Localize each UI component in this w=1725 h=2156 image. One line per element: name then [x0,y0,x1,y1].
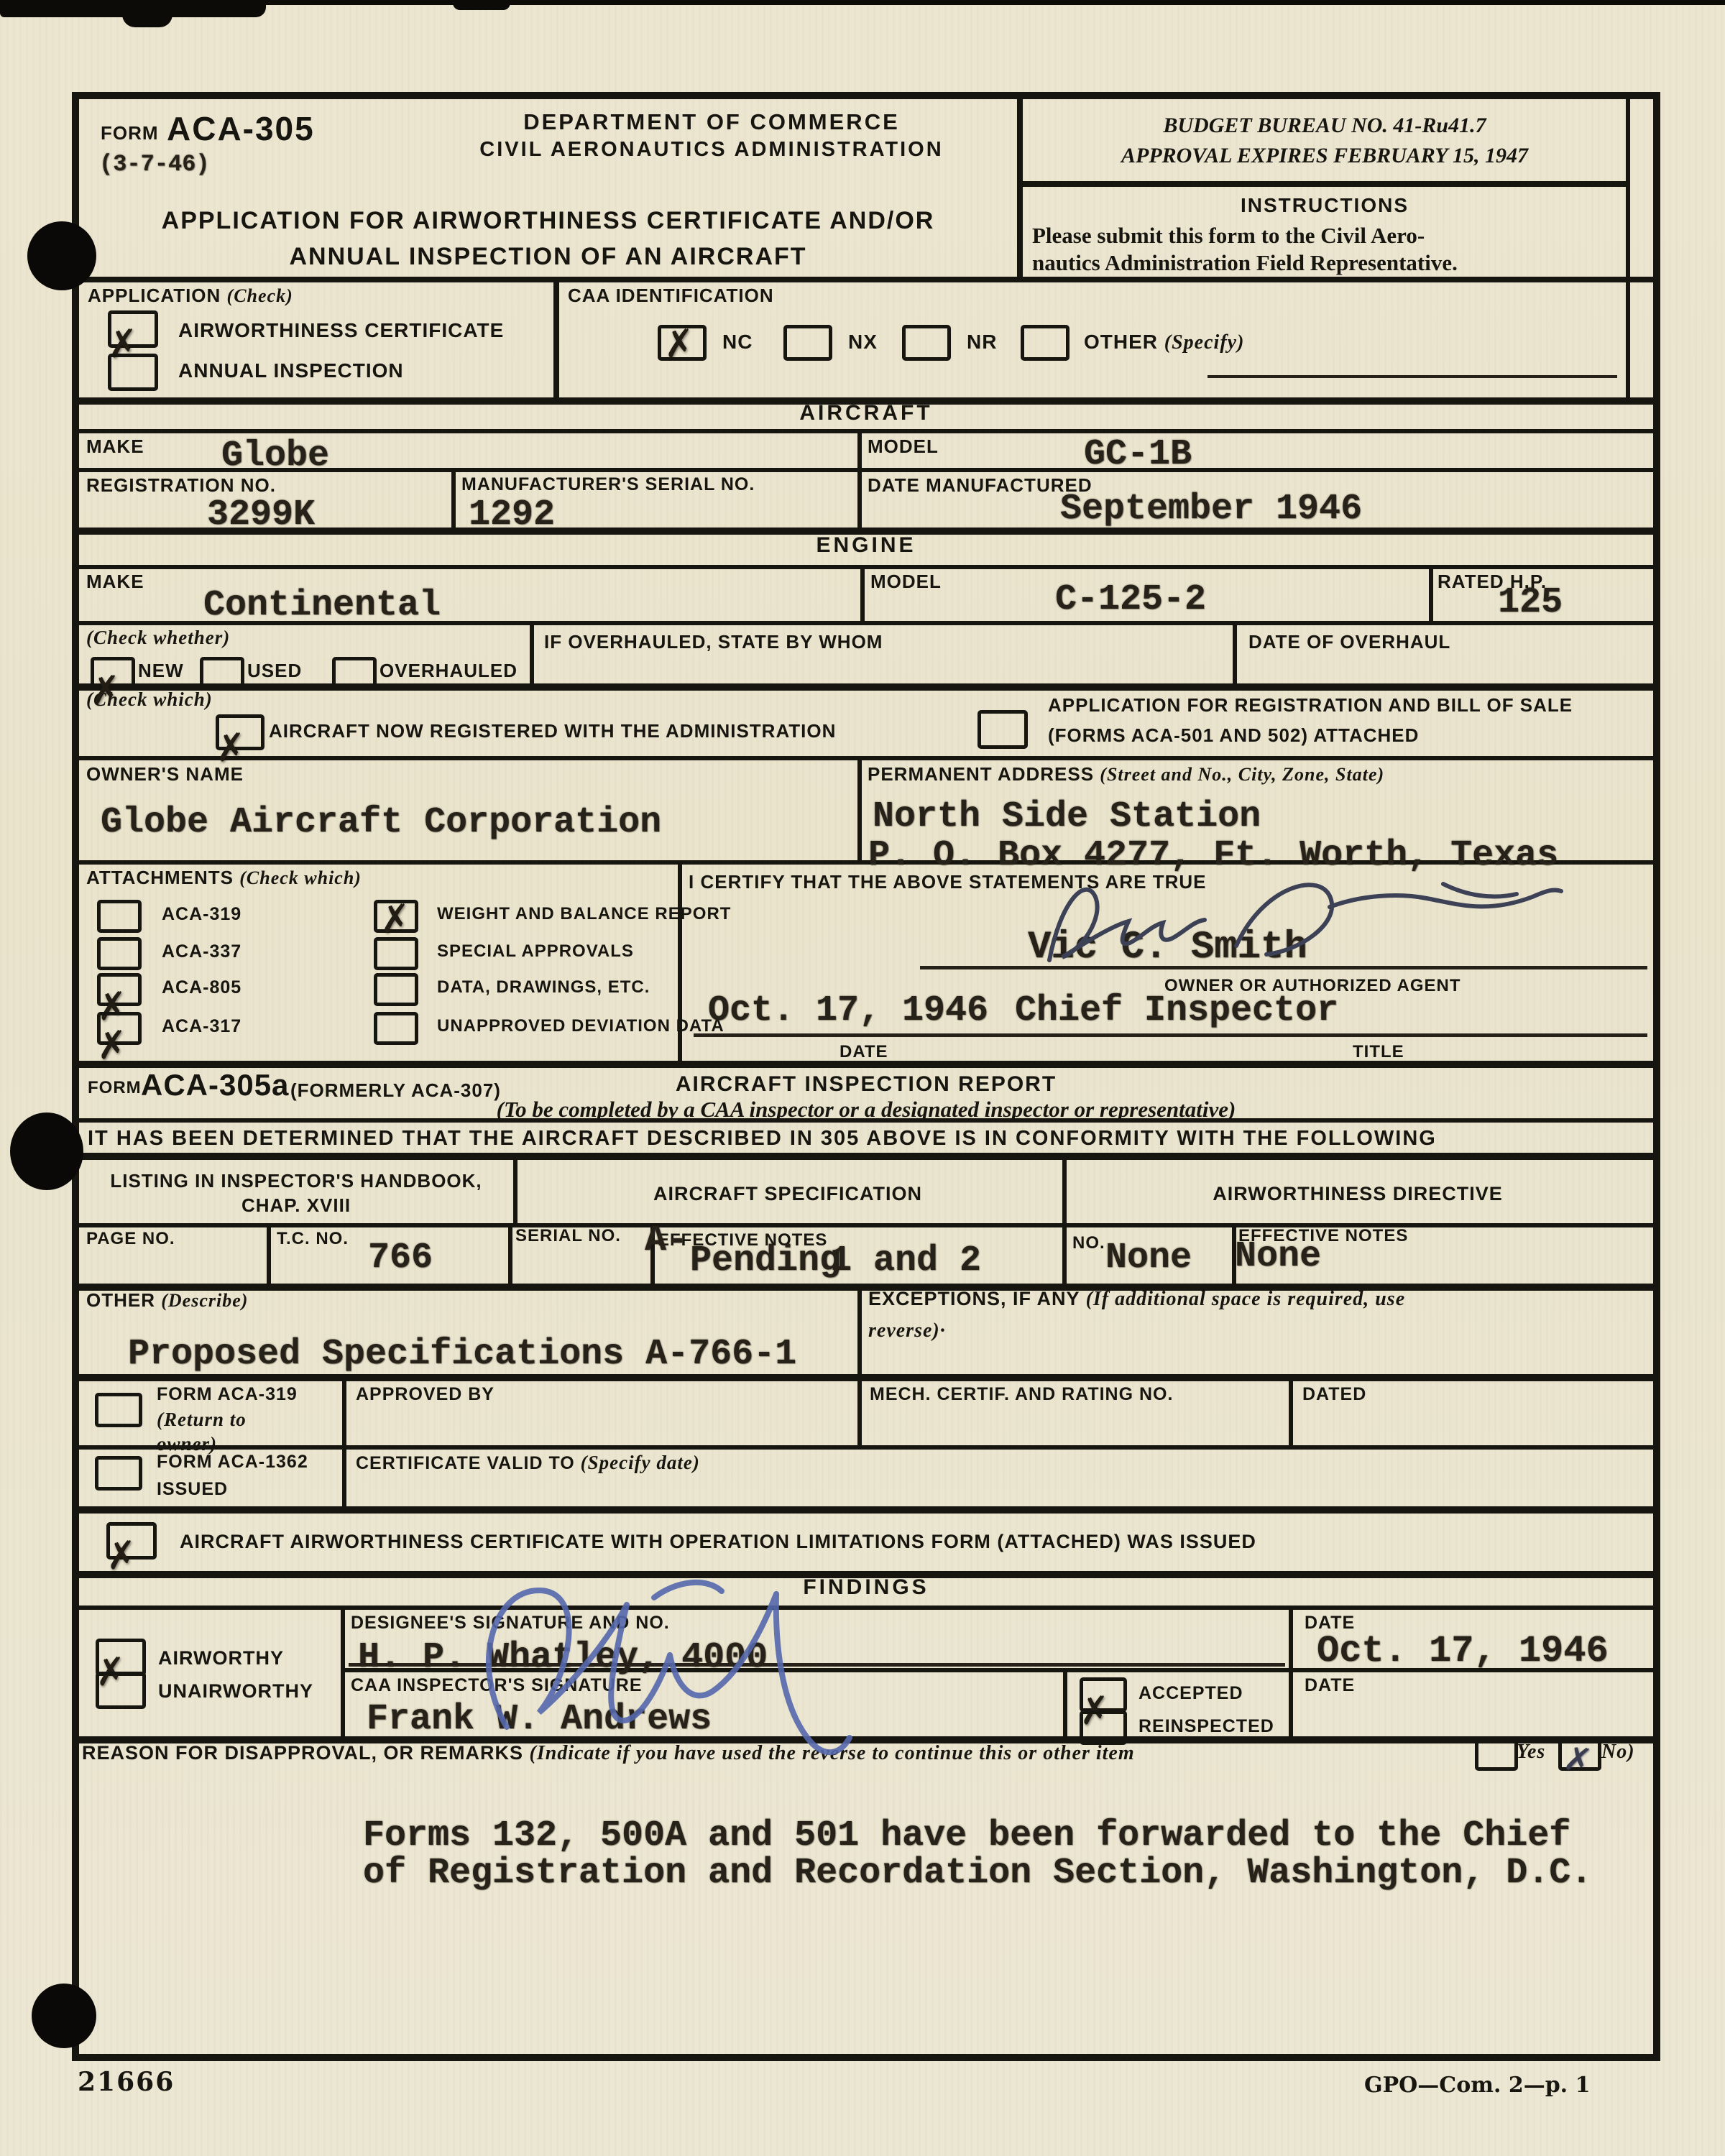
airworthy-checkbox[interactable] [96,1639,146,1676]
other-id-label-note: (Specify) [1164,331,1245,354]
overhaul-date-label: DATE OF OVERHAUL [1248,631,1450,653]
form-title-line2: ANNUAL INSPECTION OF AN AIRCRAFT [79,243,1017,271]
other-row-bottom [72,1374,1660,1381]
designee-date-typed: Oct. 17, 1946 [1317,1630,1609,1672]
rated-hp-value: 125 [1498,582,1563,623]
owner-signature [1021,860,1581,982]
annual-inspection-label: ANNUAL INSPECTION [178,359,404,382]
form319-label: FORM ACA-319 [157,1384,298,1405]
application-attached-label2: (FORMS ACA-501 AND 502) ATTACHED [1048,724,1419,747]
engine-section-title: ENGINE [79,533,1653,558]
inspection-subtitle: (To be completed by a CAA inspector or a… [79,1097,1653,1123]
nx-checkbox[interactable] [783,325,832,361]
mech-dated-divider [1289,1374,1293,1445]
nr-checkbox[interactable] [902,325,951,361]
ad-header: AIRWORTHINESS DIRECTIVE [1062,1183,1653,1205]
other-id-label: OTHER (Specify) [1084,331,1244,354]
check-whether-bottom [72,683,1660,691]
permanent-address-note: (Street and No., City, Zone, State) [1100,764,1384,785]
ad-no-label: NO. [1072,1233,1105,1253]
engine-band-divider [72,565,1660,569]
remarks-line1: Forms 132, 500A and 501 have been forwar… [363,1815,1570,1856]
tc-no-label: T.C. NO. [277,1229,349,1249]
nr-label: NR [967,331,997,354]
engine-make-value: Continental [203,585,441,626]
form1362-bottom [72,1506,1660,1514]
title-label: TITLE [1353,1042,1404,1062]
other-describe-label: OTHER (Describe) [86,1289,248,1312]
ad-effective-notes-value: None [1235,1236,1321,1277]
spec-header: AIRCRAFT SPECIFICATION [513,1183,1062,1205]
aircraft-model-label: MODEL [868,436,939,458]
special-approvals-label: SPECIAL APPROVALS [437,941,634,962]
aca-317-label: ACA-317 [162,1016,241,1037]
data-drawings-label: DATA, DRAWINGS, ETC. [437,977,650,998]
engine-new-label: NEW [138,660,184,682]
engine-new-checkbox[interactable] [91,657,135,688]
approvedby-mech-divider [857,1374,862,1445]
form319-bottom [72,1445,1660,1450]
tc-serial-divider [508,1223,512,1284]
engine-used-checkbox[interactable] [200,657,244,688]
aca-805-checkbox[interactable] [97,973,142,1006]
other-describe-value: Proposed Specifications A-766-1 [128,1334,796,1375]
nc-checkbox[interactable] [658,325,707,361]
certificate-valid-note: (Specify date) [581,1452,700,1473]
check-which-bottom [72,756,1660,760]
aircraft-make-value: Globe [221,436,329,476]
reinspected-label: REINSPECTED [1138,1716,1274,1737]
exceptions-note1: (If additional space is required, use [1086,1288,1406,1310]
check-whether-divider1 [530,621,534,683]
mech-certif-label: MECH. CERTIF. AND RATING NO. [870,1384,1173,1405]
form-label: FORM [101,122,159,144]
date-line [694,1033,1039,1037]
unapproved-deviation-checkbox[interactable] [374,1012,418,1045]
spec-ad-divider [1062,1153,1067,1284]
other-exceptions-divider [857,1284,862,1374]
form-border-left [72,92,79,2061]
make-model-divider [857,429,862,468]
determination-statement: IT HAS BEEN DETERMINED THAT THE AIRCRAFT… [88,1127,1437,1151]
aca-337-label: ACA-337 [162,941,241,962]
attachments-label-note: (Check which) [239,867,362,888]
aircraft-model-value: GC-1B [1084,434,1192,475]
application-attached-label1: APPLICATION FOR REGISTRATION AND BILL OF… [1048,694,1573,717]
tc-no-value: 766 [368,1238,433,1279]
application-label-note: (Check) [227,285,293,306]
page-tc-divider [267,1223,271,1284]
inspection-report-title: AIRCRAFT INSPECTION REPORT [79,1072,1653,1097]
aca-805-label: ACA-805 [162,977,241,998]
budget-line2: APPROVAL EXPIRES FEBRUARY 15, 1947 [1023,144,1627,168]
reg-serial-divider [451,468,456,528]
registration-value: 3299K [207,494,315,535]
special-approvals-checkbox[interactable] [374,937,418,970]
form-title-line1: APPLICATION FOR AIRWORTHINESS CERTIFICAT… [79,207,1017,235]
instructions-line1: Please submit this form to the Civil Aer… [1032,223,1425,249]
application-label: APPLICATION (Check) [88,285,293,307]
form-border-bottom [72,2054,1660,2061]
certify-title-typed: Chief Inspector [1015,990,1338,1031]
caa-identification-label: CAA IDENTIFICATION [568,285,774,307]
accepted-label: ACCEPTED [1138,1683,1243,1704]
hole-punch-top [27,221,96,290]
unairworthy-checkbox[interactable] [96,1672,146,1709]
instructions-title: INSTRUCTIONS [1023,194,1627,217]
engine-overhauled-checkbox[interactable] [332,657,377,688]
designee-ink-signature [438,1565,884,1766]
attachments-label: ATTACHMENTS (Check which) [86,867,362,889]
engine-used-label: USED [247,660,302,682]
department-line1: DEPARTMENT OF COMMERCE [402,109,1021,135]
spec-header-bottom [72,1223,1660,1227]
hole-punch-middle [10,1112,83,1190]
instructions-line2: nautics Administration Field Representat… [1032,250,1458,276]
engine-overhauled-label: OVERHAULED [379,660,517,682]
form1362-checkbox[interactable] [95,1456,142,1491]
unairworthy-label: UNAIRWORTHY [158,1680,313,1703]
serial-no-label: SERIAL NO. [515,1226,621,1246]
address-line1: North Side Station [873,796,1261,837]
date-manufactured-label: DATE MANUFACTURED [868,474,1092,497]
airworthiness-certificate-checkbox[interactable] [108,310,158,348]
listing-header-line2: CHAP. XVIII [79,1194,513,1217]
form319-checkbox[interactable] [95,1393,142,1427]
check-whether-label: (Check whether) [86,627,230,649]
aircraft-band-divider [72,429,1660,433]
spec-values-bottom [72,1284,1660,1291]
date-manufactured-value: September 1946 [1060,489,1362,530]
effective-notes-value: 1 and 2 [830,1240,981,1281]
date-label: DATE [839,1042,888,1062]
certificate-issued-label: AIRCRAFT AIRWORTHINESS CERTIFICATE WITH … [180,1531,1256,1553]
overhauled-by-label: IF OVERHAULED, STATE BY WHOM [544,631,883,653]
form319-label-divider [342,1374,346,1506]
accepted-col-divider [1063,1668,1067,1736]
mfr-serial-label: MANUFACTURER'S SERIAL NO. [461,474,755,495]
exceptions-label: EXCEPTIONS, IF ANY (If additional space … [868,1288,1405,1311]
approved-by-label: APPROVED BY [356,1384,494,1405]
weight-balance-checkbox[interactable] [374,900,418,933]
unapproved-deviation-label: UNAPPROVED DEVIATION DATA [437,1016,724,1036]
registered-label: AIRCRAFT NOW REGISTERED WITH THE ADMINIS… [269,720,836,742]
certificate-valid-label: CERTIFICATE VALID TO (Specify date) [356,1452,700,1474]
mfr-serial-value: 1292 [469,494,555,535]
aircraft-make-label: MAKE [86,436,144,458]
application-caa-divider [553,277,559,397]
scanned-form-page: FORM ACA-305 (3-7-46) DEPARTMENT OF COMM… [0,0,1725,2156]
other-id-blank-line[interactable] [1207,375,1617,378]
department-line2: CIVIL AERONAUTICS ADMINISTRATION [402,138,1021,162]
scan-blot-top-mid [453,0,510,10]
aca-317-checkbox[interactable] [97,1012,142,1045]
owner-name-value: Globe Aircraft Corporation [101,802,661,843]
engine-model-label: MODEL [870,571,942,593]
engine-model-value: C-125-2 [1055,579,1206,620]
form-edition: (3-7-46) [99,151,210,178]
owner-address-divider [857,756,862,860]
form319-note1: (Return to [157,1409,247,1431]
exceptions-note2: reverse)· [868,1319,946,1342]
serial-date-divider [857,468,862,528]
reinspected-checkbox[interactable] [1080,1710,1127,1745]
findings-date-divider [1289,1606,1293,1736]
airworthiness-certificate-label: AIRWORTHINESS CERTIFICATE [178,319,504,342]
remarks-yes-checkbox[interactable] [1475,1739,1518,1771]
form-number: ACA-305 [167,109,315,148]
nc-label: NC [722,331,753,354]
other-describe-note: (Describe) [161,1290,248,1311]
certificate-issued-checkbox[interactable] [106,1522,157,1560]
serial-value: Pending [690,1240,841,1281]
serial-prefix-value: A- [645,1220,688,1261]
form1362-issued-label: ISSUED [157,1479,228,1500]
caa-date-label: DATE [1305,1675,1355,1696]
form1362-label: FORM ACA-1362 [157,1452,308,1473]
weight-balance-label: WEIGHT AND BALANCE REPORT [437,904,731,924]
registered-checkbox[interactable] [216,714,264,750]
form-border-right [1653,92,1660,2061]
listing-header-line1: LISTING IN INSPECTOR'S HANDBOOK, [79,1170,513,1192]
accepted-checkbox[interactable] [1080,1677,1127,1712]
registration-label: REGISTRATION NO. [86,474,276,497]
budget-divider [1017,181,1630,187]
other-id-checkbox[interactable] [1021,325,1069,361]
aircraft-section-title: AIRCRAFT [79,401,1653,425]
permanent-address-label: PERMANENT ADDRESS (Street and No., City,… [868,763,1384,786]
aca-319-checkbox[interactable] [97,900,142,933]
engine-make-label: MAKE [86,571,144,593]
determined-bottom [72,1153,1660,1160]
remarks-line2: of Registration and Recordation Section,… [363,1853,1592,1894]
header-row-divider [72,277,1660,282]
aca-337-checkbox[interactable] [97,937,142,970]
page-no-label: PAGE NO. [86,1229,175,1249]
dated-label: DATED [1302,1384,1366,1405]
form-border-top [72,92,1660,99]
remarks-no-label: No) [1601,1741,1635,1764]
budget-line1: BUDGET BUREAU NO. 41-Ru41.7 [1023,114,1627,138]
airworthy-label: AIRWORTHY [158,1647,284,1669]
engine-model-hp-divider [1429,565,1433,621]
hole-punch-bottom [32,1984,96,2048]
remarks-no-checkbox[interactable] [1558,1739,1601,1771]
findings-left-divider [341,1606,345,1736]
scan-blot-top-left2 [122,0,172,27]
ad-no-value: None [1105,1238,1192,1279]
aca-319-label: ACA-319 [162,904,241,925]
engine-make-model-divider [860,565,865,621]
remarks-yes-label: Yes [1517,1741,1545,1764]
annual-inspection-checkbox[interactable] [108,354,158,391]
data-drawings-checkbox[interactable] [374,973,418,1006]
application-attached-checkbox[interactable] [977,710,1028,749]
nx-label: NX [848,331,878,354]
footer-gpo: GPO—Com. 2—p. 1 [1364,2073,1590,2098]
title-line [1010,1033,1647,1037]
footer-print-code: 21666 [78,2067,175,2097]
certify-date-typed: Oct. 17, 1946 [708,990,988,1031]
check-whether-divider2 [1233,621,1237,683]
